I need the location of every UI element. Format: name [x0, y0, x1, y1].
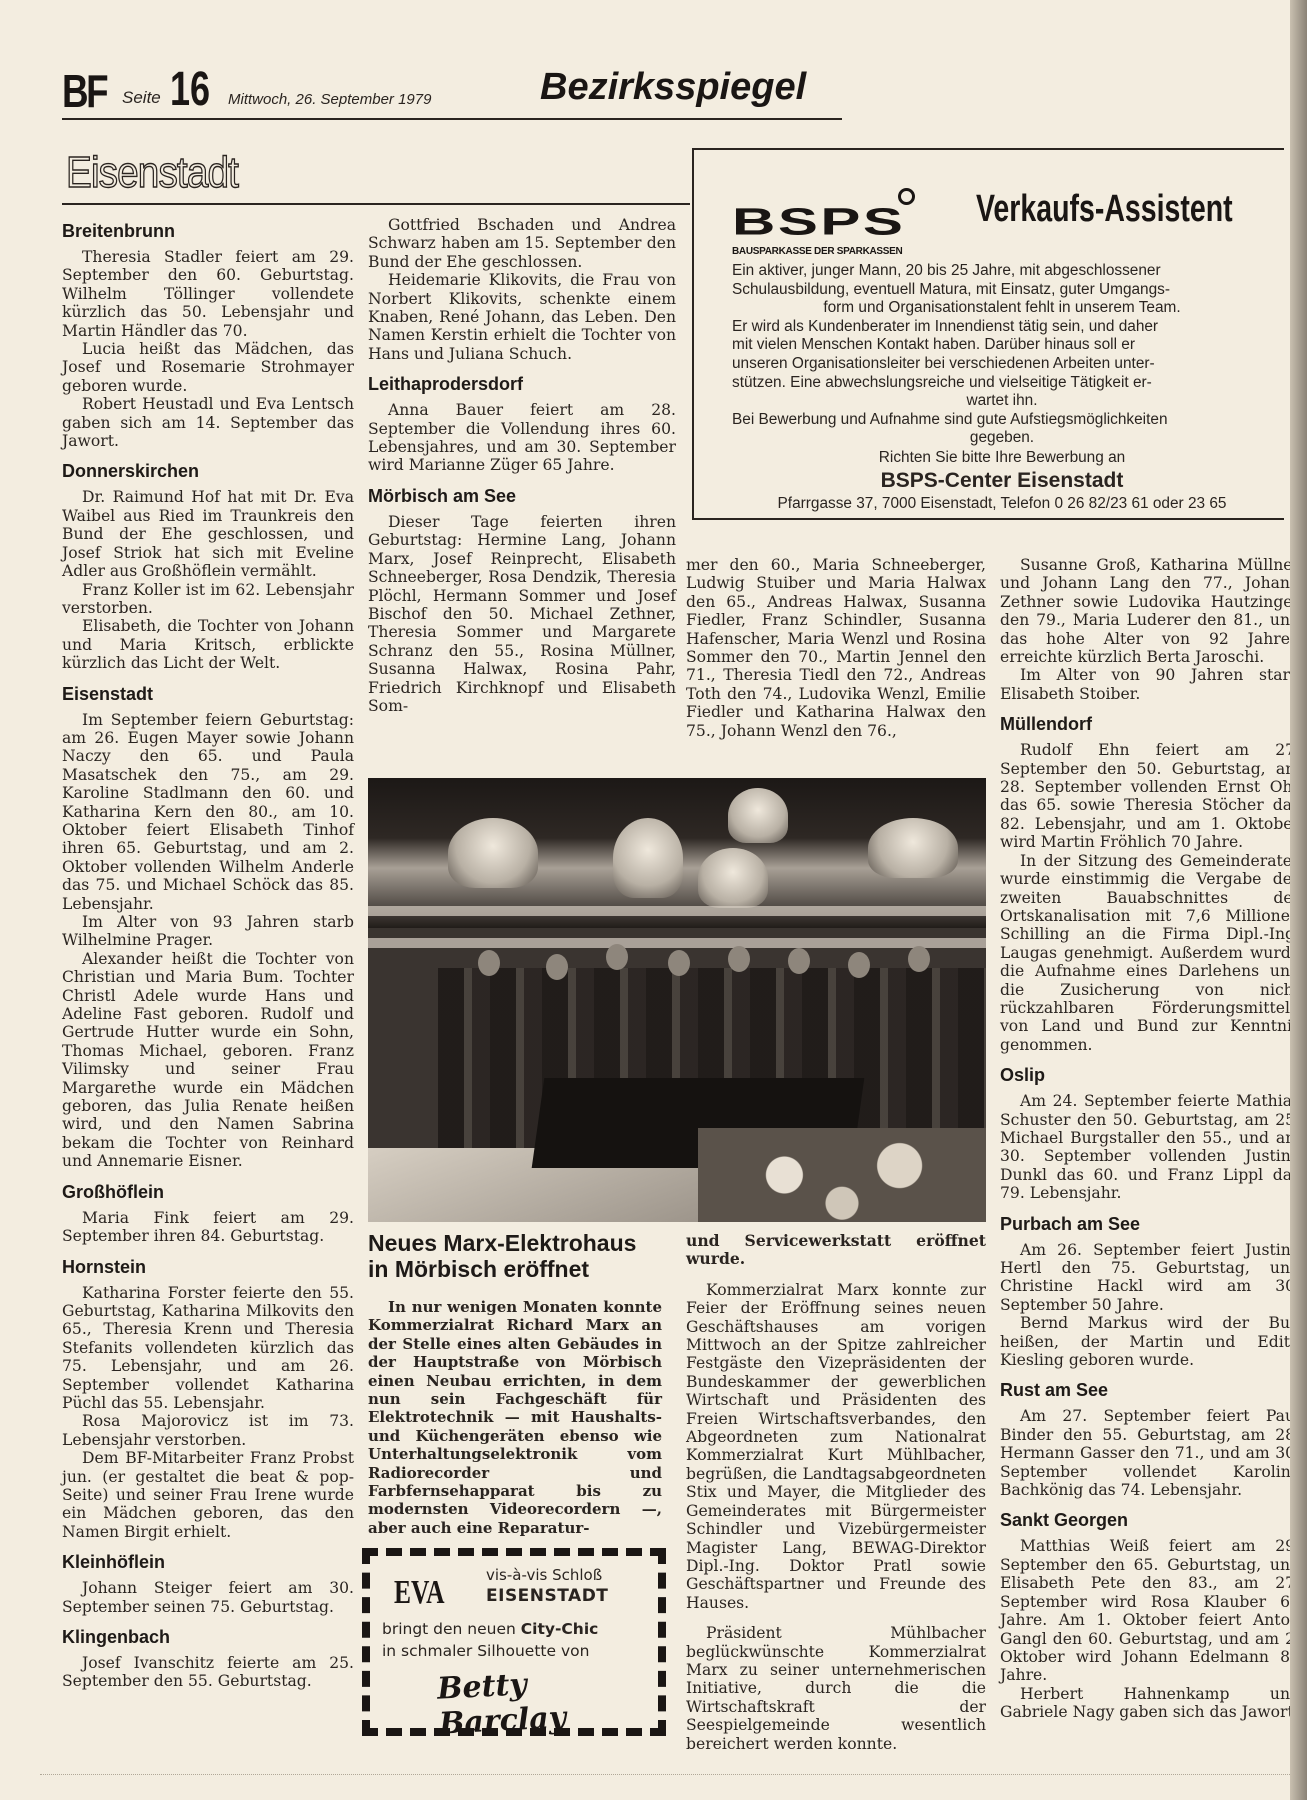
page-label: Seite: [122, 88, 161, 108]
article-paragraph: Matthias Weiß feiert am 29. September de…: [1000, 1537, 1300, 1684]
newspaper-logo: BF: [62, 64, 106, 118]
eva-logo: EVA: [394, 1574, 445, 1612]
section-heading: Leithaprodersdorf: [368, 373, 676, 395]
section-heading: Mörbisch am See: [368, 485, 676, 507]
article-body: und Servicewerkstatt eröffnet wurde. Kom…: [686, 1232, 986, 1753]
section-heading: Eisenstadt: [62, 683, 354, 705]
article-paragraph: Kommerzialrat Marx konnte zur Feier der …: [686, 1281, 986, 1612]
article-paragraph: Heidemarie Klikovits, die Frau von Norbe…: [368, 271, 676, 363]
article-paragraph: Im September feiern Geburtstag: am 26. E…: [62, 711, 354, 913]
section-heading: Donnerskirchen: [62, 460, 354, 482]
lamp: [728, 788, 788, 843]
article-paragraph: Maria Fink feiert am 29. September ihren…: [62, 1209, 354, 1246]
region-title: Eisenstadt: [66, 148, 238, 198]
article-paragraph: Rosa Majorovicz ist im 73. Lebensjahr ve…: [62, 1412, 354, 1449]
masthead-rule: [62, 118, 842, 120]
section-heading: Kleinhöflein: [62, 1551, 354, 1573]
article-paragraph: Anna Bauer feiert am 28. September die V…: [368, 401, 676, 475]
article-paragraph: Herbert Hahnenkamp und Gabriele Nagy gab…: [1000, 1685, 1300, 1722]
job-description: Ein aktiver, junger Mann, 20 bis 25 Jahr…: [732, 262, 1272, 448]
article-paragraph: Lucia heißt das Mädchen, das Josef und R…: [62, 340, 354, 395]
job-title: Verkaufs-Assistent: [976, 188, 1233, 231]
article-headline: Neues Marx-Elektrohaus in Mörbisch eröff…: [368, 1230, 668, 1282]
page-number: 16: [170, 62, 210, 117]
page-edge: [1290, 0, 1307, 1800]
store-opening-photo: [368, 778, 986, 1222]
section-heading: Großhöflein: [62, 1181, 354, 1203]
section-heading: Klingenbach: [62, 1626, 354, 1648]
article-paragraph: Johann Steiger feiert am 30. September s…: [62, 1579, 354, 1616]
article-paragraph: und Servicewerkstatt eröffnet wurde.: [686, 1232, 986, 1269]
article-paragraph: Dieser Tage feierten ihren Geburtstag: H…: [368, 513, 676, 715]
article-paragraph: Susanne Groß, Katharina Müllner und Joha…: [1000, 556, 1300, 666]
center-address: Pfarrgasse 37, 7000 Eisenstadt, Telefon …: [732, 494, 1272, 514]
lamp: [448, 818, 538, 888]
newspaper-page: BF Seite 16 Mittwoch, 26. September 1979…: [0, 0, 1307, 1800]
issue-date: Mittwoch, 26. September 1979: [228, 91, 431, 108]
section-heading: Hornstein: [62, 1256, 354, 1278]
center-name: BSPS-Center Eisenstadt: [732, 468, 1272, 494]
brand-signature: Betty Barclay: [436, 1660, 659, 1741]
article-lead: In nur wenigen Monaten konnte Kommerzial…: [368, 1298, 662, 1537]
article-paragraph: Franz Koller ist im 62. Lebensjahr verst…: [62, 581, 354, 618]
lamp: [698, 848, 768, 908]
article-paragraph: Präsident Mühlbacher beglückwünschte Kom…: [686, 1624, 986, 1753]
lamp: [868, 818, 958, 878]
eva-location-2: EISENSTADT: [486, 1586, 608, 1606]
article-paragraph: Am 27. September feiert Paul Binder den …: [1000, 1407, 1300, 1499]
footer-rule: [40, 1774, 1290, 1776]
article-paragraph: Im Alter von 90 Jahren starb Elisabeth S…: [1000, 666, 1300, 703]
article-paragraph: Elisabeth, die Tochter von Johann und Ma…: [62, 617, 354, 672]
article-paragraph: Dem BF-Mitarbeiter Franz Probst jun. (er…: [62, 1449, 354, 1541]
flowers: [698, 1128, 986, 1222]
bsps-logo: BSPS: [732, 188, 932, 248]
article-paragraph: Robert Heustadl und Eva Lentsch gaben si…: [62, 395, 354, 450]
article-paragraph: Bernd Markus wird der Bub heißen, der Ma…: [1000, 1314, 1300, 1369]
column-3-continuation: mer den 60., Maria Schneeberger, Ludwig …: [686, 556, 986, 740]
article-paragraph: Am 26. September feiert Justine Hertl de…: [1000, 1241, 1300, 1315]
eva-tagline-1: bringt den neuen City-Chic: [382, 1620, 598, 1638]
article-paragraph: Im Alter von 93 Jahren starb Wilhelmine …: [62, 913, 354, 950]
article-paragraph: Dr. Raimund Hof hat mit Dr. Eva Waibel a…: [62, 488, 354, 580]
masthead: BF Seite 16 Mittwoch, 26. September 1979…: [62, 62, 840, 120]
article-paragraph: In der Sitzung des Gemeinderates wurde e…: [1000, 852, 1300, 1054]
bsps-job-ad: BSPS BAUSPARKASSE DER SPARKASSEN Verkauf…: [692, 148, 1284, 520]
column-4: Susanne Groß, Katharina Müllner und Joha…: [1000, 556, 1300, 1728]
section-heading: Breitenbrunn: [62, 220, 354, 242]
article-paragraph: Gottfried Bschaden und Andrea Schwarz ha…: [368, 216, 676, 271]
eva-tagline-2: in schmaler Silhouette von: [382, 1642, 589, 1660]
article-paragraph: Am 24. September feierte Mathias Schuste…: [1000, 1092, 1300, 1202]
eva-fashion-ad: EVA vis-à-vis Schloß EISENSTADT bringt d…: [362, 1548, 666, 1736]
column-1: BreitenbrunnTheresia Stadler feiert am 2…: [62, 216, 354, 1697]
lamp: [613, 818, 683, 898]
article-paragraph: Theresia Stadler feiert am 29. September…: [62, 248, 354, 340]
section-heading: Sankt Georgen: [1000, 1509, 1300, 1531]
bsps-contact: Richten Sie bitte Ihre Bewerbung an BSPS…: [732, 448, 1272, 514]
region-rule: [62, 203, 690, 205]
apply-line: Richten Sie bitte Ihre Bewerbung an: [732, 448, 1272, 468]
bsps-logo-subtitle: BAUSPARKASSE DER SPARKASSEN: [732, 246, 902, 257]
article-paragraph: Katharina Forster feierte den 55. Geburt…: [62, 1284, 354, 1413]
article-paragraph: Alexander heißt die Tochter von Christia…: [62, 950, 354, 1171]
section-heading: Oslip: [1000, 1064, 1300, 1086]
section-title: Bezirksspiegel: [540, 66, 806, 109]
article-paragraph: Rudolf Ehn feiert am 27. September den 5…: [1000, 741, 1300, 851]
section-heading: Rust am See: [1000, 1379, 1300, 1401]
article-paragraph: mer den 60., Maria Schneeberger, Ludwig …: [686, 556, 986, 740]
column-2: Gottfried Bschaden und Andrea Schwarz ha…: [368, 216, 676, 721]
section-heading: Müllendorf: [1000, 713, 1300, 735]
article-paragraph: Josef Ivanschitz feierte am 25. Septembe…: [62, 1654, 354, 1691]
eva-location-1: vis-à-vis Schloß: [486, 1566, 602, 1584]
section-heading: Purbach am See: [1000, 1213, 1300, 1235]
